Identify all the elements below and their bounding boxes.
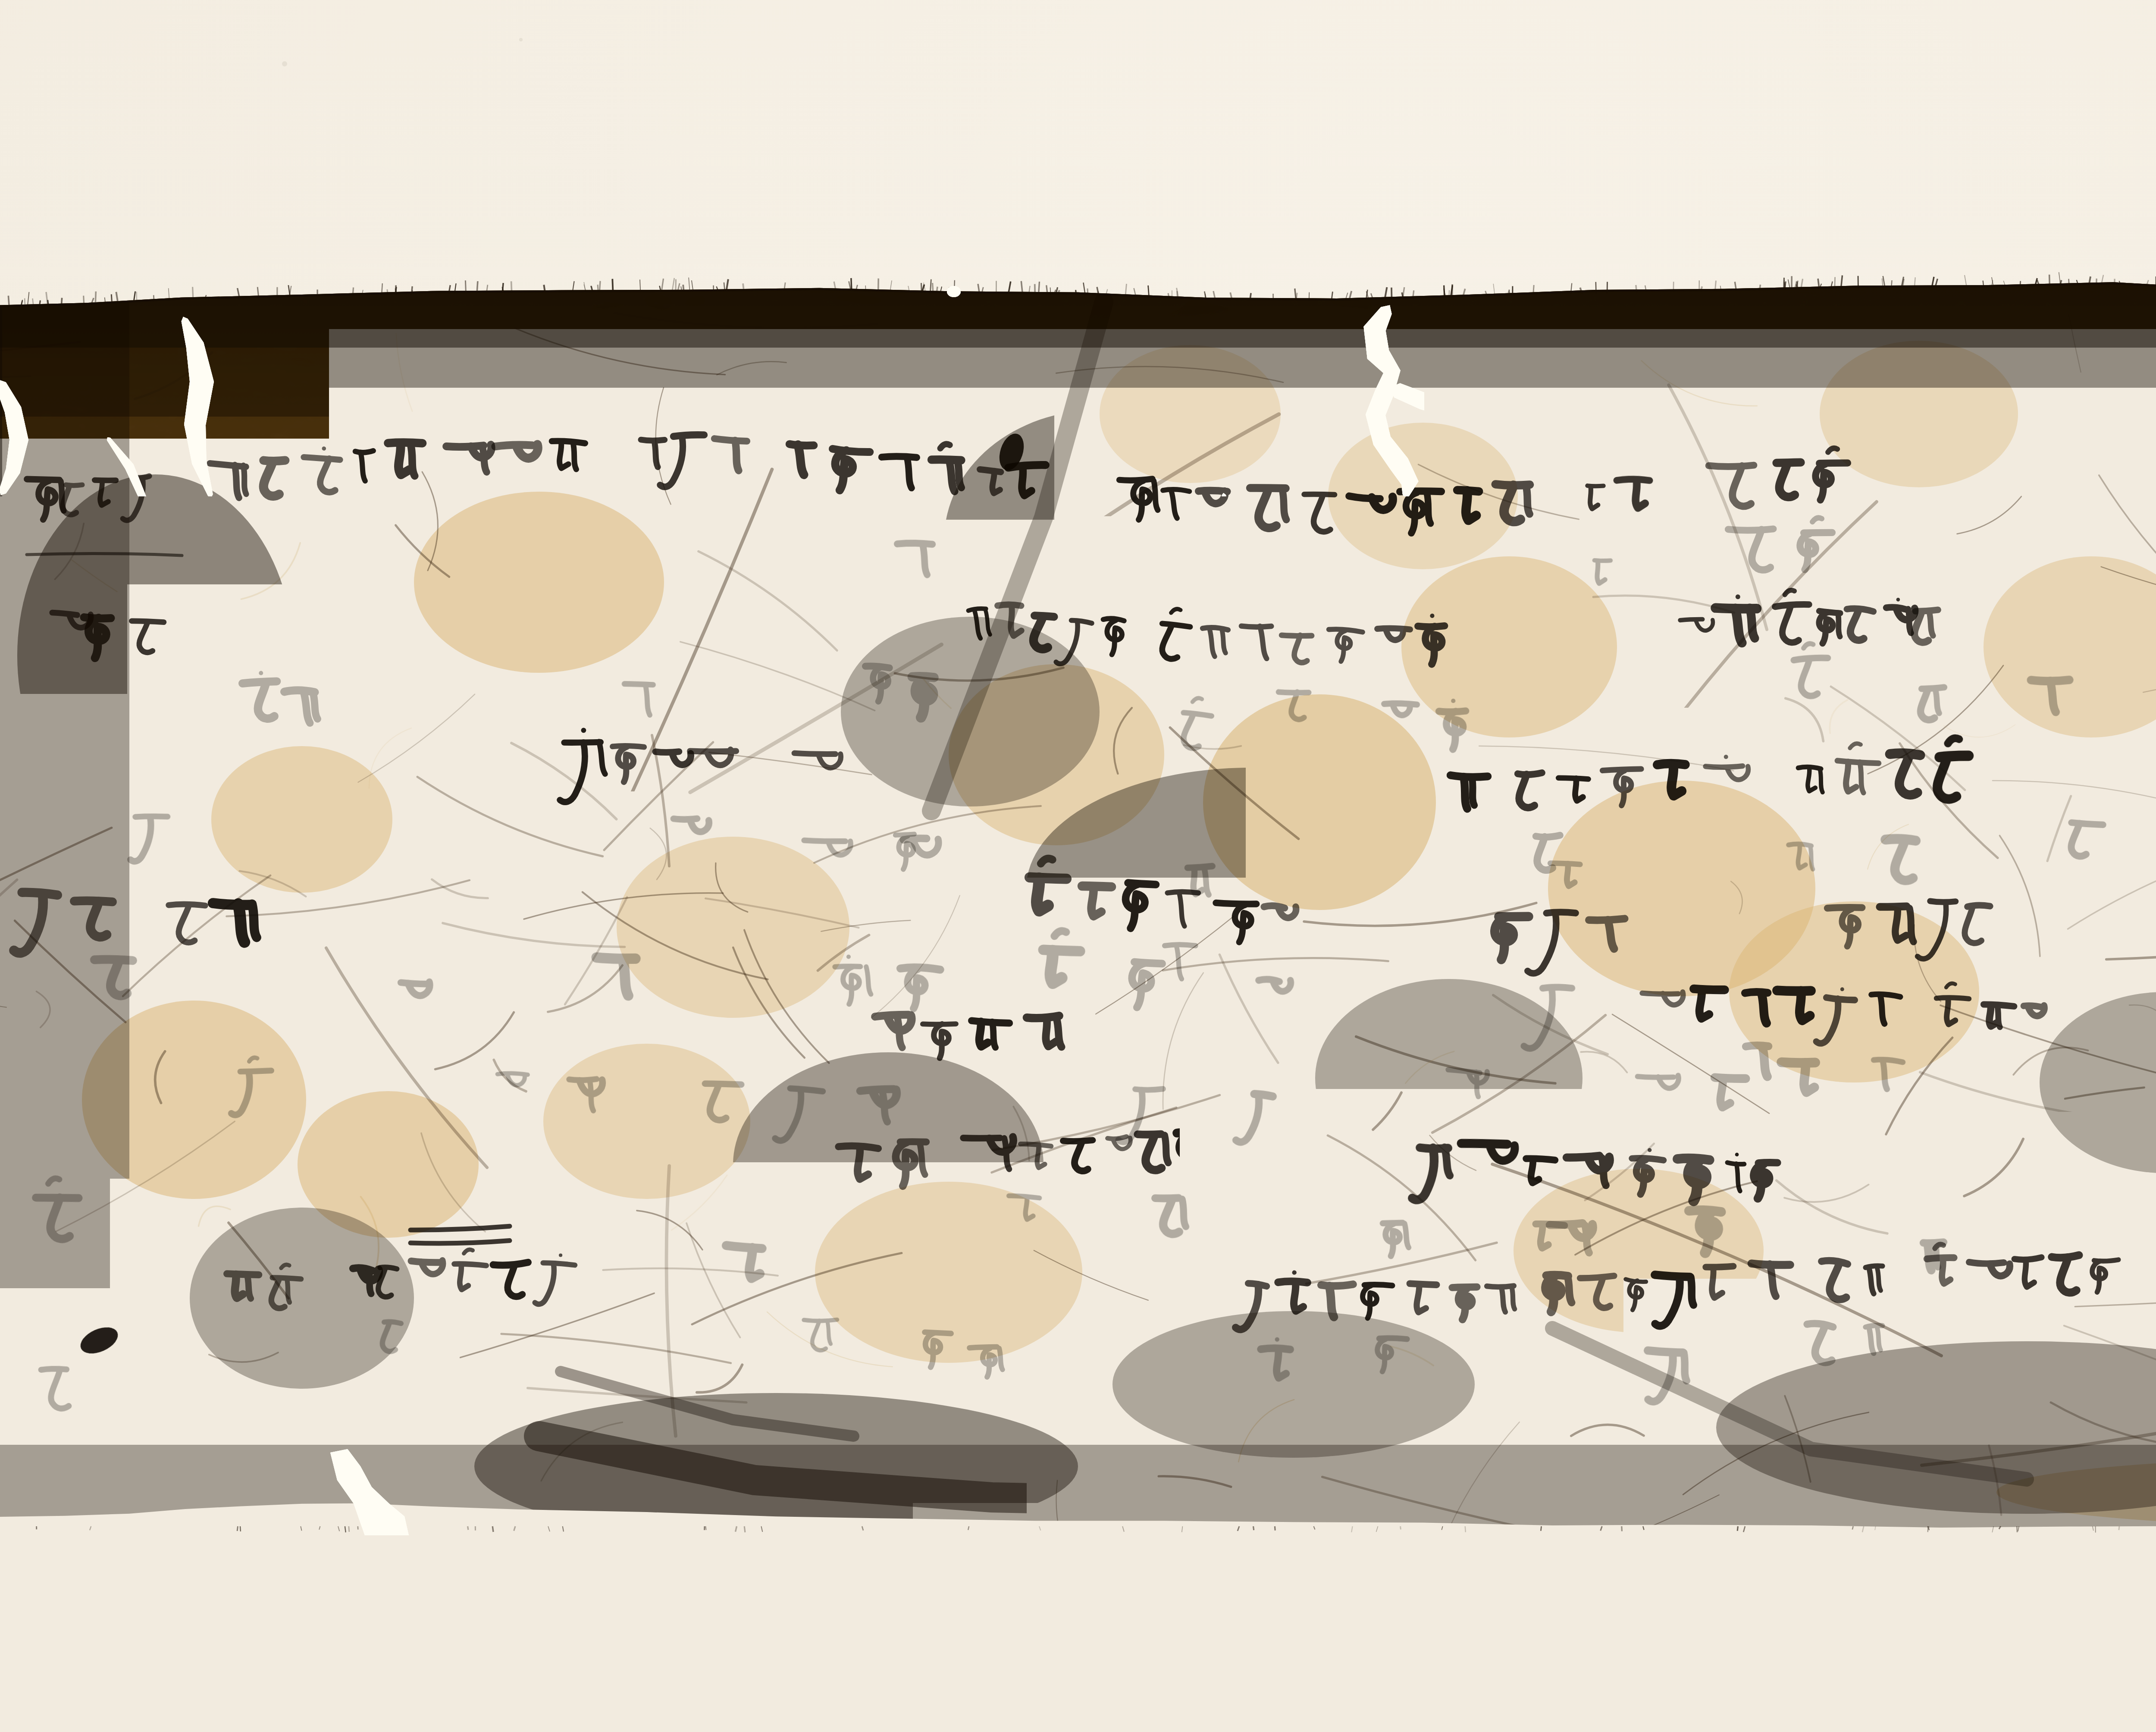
edge-hair [240,1526,241,1531]
edge-hair [387,289,388,295]
edge-hair [2069,279,2069,285]
edge-hair [1852,1526,1853,1530]
edge-hair [1076,290,1076,295]
edge-hair [1891,280,1892,287]
edge-hair [492,1526,493,1532]
edge-hair [33,298,34,305]
edge-hair [744,1526,745,1532]
edge-hair [111,294,112,302]
edge-hair [468,1526,468,1530]
edge-hair [154,295,154,301]
edge-hair [1541,1526,1541,1531]
edge-hair [62,298,62,304]
dark-cloud [1026,768,1475,1009]
edge-hair [683,285,683,291]
edge-hair [598,285,598,291]
edge-hair [1636,285,1637,292]
edge-hair [382,283,382,295]
edge-hair [84,296,84,304]
edge-hair [931,279,931,292]
edge-hair [1253,1526,1254,1530]
tear-hole-pinhole [2006,425,2023,448]
edge-hair [349,1526,349,1532]
edge-hair [25,298,25,306]
edge-hair [599,281,600,292]
edge-hair [2049,275,2050,285]
edge-hair [544,285,545,292]
dark-cloud [1315,979,1583,1177]
tear-hole-white-dot-1 [279,613,286,622]
edge-hair [921,283,921,291]
edge-hair [1296,293,1297,299]
edge-hair [1509,290,1510,295]
edge-hair [743,283,744,290]
edge-hair [1401,1526,1401,1529]
edge-hair [2017,1526,2017,1532]
edge-shadow-band [0,302,129,1531]
dark-cloud [1112,1311,1475,1458]
edge-hair [1533,285,1534,295]
tear-hole-white-dot-2 [736,530,746,541]
edge-hair [353,288,354,295]
dust-speck [1087,1683,1090,1686]
tear-hole-l-tear-speck-1 [1927,1148,1936,1158]
edge-hair [2119,1526,2119,1530]
edge-hair [1983,281,1984,286]
edge-hair [2020,281,2021,286]
dust-speck [1788,1633,1792,1638]
edge-hair [1784,278,1784,289]
edge-hair [933,283,933,291]
backlit-manuscript-photo [0,0,2156,1732]
edge-hair [1039,282,1040,294]
edge-hair [511,281,512,292]
edge-hair [1465,1526,1466,1532]
edge-hair [465,280,466,293]
dust-speck [519,38,523,41]
edge-hair [477,281,478,293]
edge-hair [1035,284,1035,294]
edge-hair [640,279,640,291]
manuscript-fragment [0,250,2156,1621]
dark-cloud [190,1208,414,1389]
dark-cloud [410,863,677,1087]
dark-cloud [1742,625,1984,806]
edge-hair [1622,1526,1622,1531]
edge-hair [358,1526,358,1530]
tear-hole-l-tear-speck-2 [1938,1168,1948,1180]
edge-hair [1737,1526,1738,1531]
edge-hair [1050,288,1051,295]
edge-hair [878,279,879,291]
dust-speck [282,61,287,66]
edge-hair [706,1526,706,1530]
manuscript-surface [0,250,2156,1621]
edge-hair [1168,293,1169,298]
tear-hole-top-edge-nick [947,286,961,297]
edge-hair [937,287,937,292]
edge-hair [1087,289,1088,295]
edge-hair [137,292,137,302]
edge-hair [1760,285,1761,290]
edge-hair [1309,292,1310,299]
edge-hair [95,292,96,303]
edge-hair [1250,293,1251,299]
dark-cloud [733,1052,1044,1277]
edge-hair [8,296,9,306]
edge-hair [1275,1526,1275,1531]
edge-hair [612,279,613,292]
edge-hair [1835,277,1835,289]
edge-hair [1413,290,1414,297]
edge-hair [193,287,193,300]
edge-hair [1596,282,1596,293]
photo-canvas: Backlit photograph of a damaged transluc… [0,0,2156,1732]
double-dash-mark [411,1241,510,1243]
edge-hair [237,1526,238,1531]
edge-hair [2096,279,2097,285]
edge-hair [851,278,852,290]
edge-hair [40,301,41,305]
